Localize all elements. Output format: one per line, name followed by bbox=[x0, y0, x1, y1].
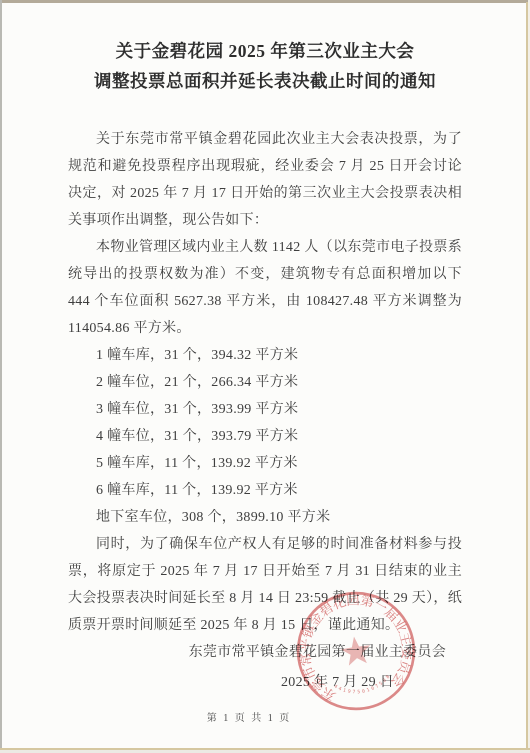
parking-list-item: 2 幢车位，21 个，266.34 平方米 bbox=[68, 369, 462, 396]
seal-code-text: 4419750107588 bbox=[332, 672, 395, 699]
seal-star-icon bbox=[339, 635, 372, 667]
parking-list-item: 4 幢车位，31 个，393.79 平方米 bbox=[68, 423, 462, 450]
official-seal-stamp: 东莞市常平镇金碧花园第一届业主委员会 4419750107588 bbox=[286, 581, 426, 721]
parking-list-item: 地下室车位，308 个，3899.10 平方米 bbox=[68, 504, 462, 531]
paragraph-intro: 关于东莞市常平镇金碧花园此次业主大会表决投票，为了规范和避免投票程序出现瑕疵，经… bbox=[68, 126, 462, 234]
title-line-1: 关于金碧花园 2025 年第三次业主大会 bbox=[68, 36, 462, 66]
scanned-notice-page: 关于金碧花园 2025 年第三次业主大会 调整投票总面积并延长表决截止时间的通知… bbox=[0, 0, 530, 753]
parking-list-item: 1 幢车库，31 个，394.32 平方米 bbox=[68, 342, 462, 369]
parking-list-item: 3 幢车位，31 个，393.99 平方米 bbox=[68, 396, 462, 423]
paragraph-area-adjustment: 本物业管理区域内业主人数 1142 人（以东莞市电子投票系统导出的投票权数为准）… bbox=[68, 234, 462, 342]
document-title: 关于金碧花园 2025 年第三次业主大会 调整投票总面积并延长表决截止时间的通知 bbox=[68, 0, 462, 96]
document-content: 关于金碧花园 2025 年第三次业主大会 调整投票总面积并延长表决截止时间的通知… bbox=[0, 0, 530, 732]
title-line-2: 调整投票总面积并延长表决截止时间的通知 bbox=[68, 66, 462, 96]
parking-list-item: 6 幢车库，11 个，139.92 平方米 bbox=[68, 477, 462, 504]
document-body: 关于东莞市常平镇金碧花园此次业主大会表决投票，为了规范和避免投票程序出现瑕疵，经… bbox=[68, 126, 462, 639]
scan-edge-bottom bbox=[0, 748, 530, 750]
parking-area-list: 1 幢车库，31 个，394.32 平方米 2 幢车位，21 个，266.34 … bbox=[68, 342, 462, 531]
parking-list-item: 5 幢车库，11 个，139.92 平方米 bbox=[68, 450, 462, 477]
